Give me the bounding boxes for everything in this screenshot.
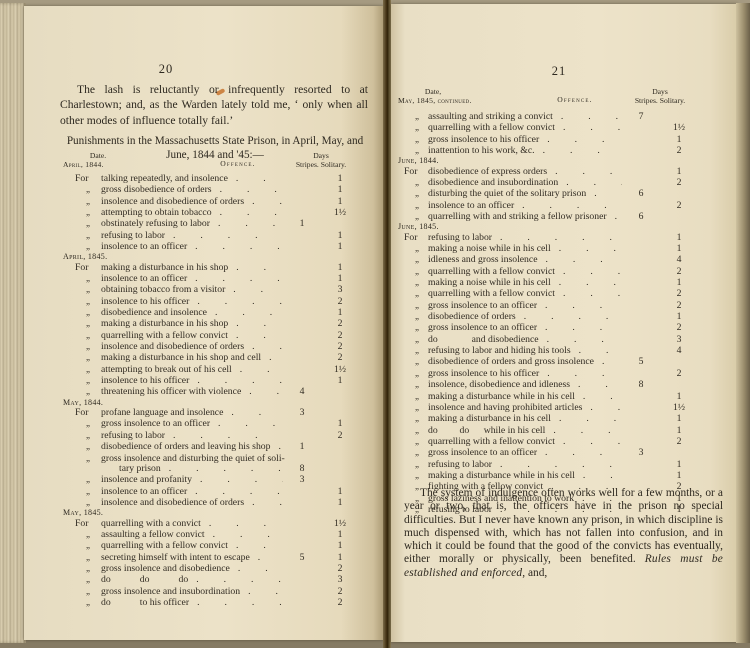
row-prefix: „ [398, 345, 428, 355]
table-row-line: „disturbing the quiet of the solitary pr… [398, 188, 698, 199]
table-row: „insolence and disobedience of orders. .… [63, 341, 359, 352]
table-row: „quarrelling with a fellow convict. . . … [398, 436, 698, 447]
row-prefix: „ [398, 145, 428, 155]
solitary-value: 2 [321, 331, 359, 341]
leader-dots: . . . . . . . . . . . . [205, 530, 283, 540]
leader-dots: . . . . . . . . . . . . [165, 231, 283, 241]
table-row-line: Forquarrelling with a convict. . . . . .… [63, 519, 359, 529]
row-prefix: „ [63, 529, 101, 539]
offence-text: obstinately refusing to labor [101, 219, 210, 229]
leader-dots: . . . . . . . . . . . . [537, 448, 622, 458]
leader-dots: . . . . . . . . . . . . [594, 357, 622, 367]
row-prefix: „ [398, 277, 428, 287]
book-spread: 20 The lash is reluctantly or infrequent… [0, 0, 750, 648]
table-row: „insolence to an officer. . . . . . . . … [63, 241, 359, 252]
solitary-value: 1 [660, 426, 698, 436]
row-prefix: „ [63, 540, 101, 550]
solitary-value: 1 [660, 278, 698, 288]
offence-text: disobedience of express orders [428, 167, 547, 177]
leader-dots: . . . . . . . . . . . . [514, 201, 622, 211]
offence-text: gross insolence to an officer [428, 301, 537, 311]
row-prefix: „ [398, 402, 428, 412]
row-prefix: „ [398, 254, 428, 264]
solitary-value: 1 [660, 460, 698, 470]
table-row-line: „quarrelling with a fellow convict. . . … [63, 540, 359, 551]
row-prefix: „ [63, 307, 101, 317]
right-page: 21 Date, May, 1845, continued. Offence. … [391, 4, 737, 642]
solitary-value: 2 [321, 342, 359, 352]
offence-text: do and disobedience [428, 335, 539, 345]
leader-dots: . . . . . . . . . . . . [545, 426, 622, 436]
offence-text: insolence, disobedience and idleness [428, 380, 570, 390]
offence-text: profane language and insolence [101, 408, 223, 418]
table-row-line: Forprofane language and insolence. . . .… [63, 408, 359, 418]
leader-dots: . . . . . . . . . . . . [228, 174, 283, 184]
offence-text: insolence and disobedience of orders [101, 197, 244, 207]
solitary-value: 4 [660, 255, 698, 265]
table-row-line: „quarrelling with a fellow convict. . . … [63, 330, 359, 341]
leader-dots: . . . . . . . . . . . . [535, 146, 622, 156]
row-prefix: „ [398, 177, 428, 187]
leader-dots: . . . . . . . . . . . . [210, 419, 283, 429]
table-row-line: „making a disturbance while in his cell.… [398, 470, 698, 481]
table-row-line: tary prison. . . . . . . . . . . . 8 [63, 464, 359, 474]
solitary-value: 2 [321, 564, 359, 574]
row-prefix: „ [63, 207, 101, 217]
table-row: „refusing to labor. . . . . . . . . . . … [63, 230, 359, 241]
leader-dots: . . . . . . . . . . . . [582, 403, 622, 413]
table-row-line: „obstinately refusing to labor. . . . . … [63, 218, 359, 229]
row-prefix: „ [398, 379, 428, 389]
table-row: „inattention to his work, &c.. . . . . .… [398, 145, 698, 156]
table-row: „insolence and disobedience of orders. .… [63, 497, 359, 508]
table-row: Forprofane language and insolence. . . .… [63, 408, 359, 418]
solitary-value: 1½ [321, 208, 359, 218]
table-row-line: „obtaining tobacco from a visitor. . . .… [63, 284, 359, 295]
days-column-header: Days Stripes. Solitary. [283, 152, 359, 169]
offence-text: refusing to labor [428, 460, 492, 470]
offence-text: gross insolence to his officer [428, 135, 539, 145]
solitary-value: 2 [660, 369, 698, 379]
row-prefix: „ [398, 356, 428, 366]
leader-dots: . . . . . . . . . . . . [607, 212, 622, 222]
table-row-line: „making a disturbance in his shop. . . .… [63, 318, 359, 329]
table-row-line: „making a noise while in his cell. . . .… [398, 243, 698, 254]
left-page: 20 The lash is reluctantly or infrequent… [24, 6, 384, 640]
row-prefix: „ [63, 230, 101, 240]
page-number-right-value: 21 [552, 64, 567, 78]
offence-text: quarrelling with a fellow convict [428, 289, 555, 299]
row-prefix: „ [398, 211, 428, 221]
table-row-line: „quarrelling with a fellow convict. . . … [398, 436, 698, 447]
date-column-header: Date. April, 1844. [63, 152, 193, 169]
table-row-line: „making a noise while in his cell. . . .… [398, 277, 698, 288]
solitary-value: 1 [321, 541, 359, 551]
table-row-line: „attempting to break out of his cell. . … [63, 364, 359, 375]
table-row: „secreting himself with intent to escape… [63, 552, 359, 563]
table-row-line: „making a disturbance while in his cell.… [398, 391, 698, 402]
solitary-value: 1½ [321, 519, 359, 529]
leader-dots: . . . . . . . . . . . . [553, 112, 622, 122]
offence-text: making a disturbance in his shop and cel… [101, 353, 261, 363]
table-row: „insolence to an officer. . . . . . . . … [398, 200, 698, 211]
leader-dots: . . . . . . . . . . . . [539, 369, 622, 379]
table-row-line: „gross insolence to his officer. . . . .… [398, 134, 698, 145]
table-row-line: „assaulting a fellow convict. . . . . . … [63, 529, 359, 540]
row-prefix: „ [398, 300, 428, 310]
row-prefix: „ [63, 375, 101, 385]
solitary-value: 2 [321, 319, 359, 329]
intro-paragraph: The lash is reluctantly or infrequently … [60, 82, 368, 128]
offence-text: insolence to an officer [101, 274, 187, 284]
offence-text: do do do [101, 575, 188, 585]
solitary-value: 1 [321, 274, 359, 284]
solitary-value: 1 [321, 487, 359, 497]
table-row-line: Fortalking repeatedly, and insolence. . … [63, 174, 359, 184]
table-row: Forrefusing to labor. . . . . . . . . . … [398, 233, 698, 243]
row-prefix: For [63, 408, 101, 418]
row-prefix: For [63, 519, 101, 529]
solitary-value: 2 [321, 297, 359, 307]
table-row-line: „insolence to an officer. . . . . . . . … [63, 273, 359, 284]
row-prefix: For [63, 174, 101, 184]
table-header-right: Date, May, 1845, continued. Offence. Day… [398, 88, 698, 105]
row-prefix: „ [398, 391, 428, 401]
row-prefix: „ [63, 318, 101, 328]
leader-dots: . . . . . . . . . . . . [516, 312, 622, 322]
row-prefix: „ [398, 368, 428, 378]
stripes-value: 1 [283, 219, 321, 229]
table-row-line: „disobedience of orders and gross insole… [398, 356, 698, 367]
solitary-value: 1 [321, 553, 359, 563]
table-row: „obtaining tobacco from a visitor. . . .… [63, 284, 359, 295]
offence-text: quarrelling with a fellow convict [101, 541, 228, 551]
table-row: „refusing to labor. . . . . . . . . . . … [398, 459, 698, 470]
table-row: „gross insolence to an officer. . . . . … [63, 418, 359, 429]
leader-dots: . . . . . . . . . . . . [228, 319, 283, 329]
leader-dots: . . . . . . . . . . . . [232, 365, 283, 375]
leader-dots: . . . . . . . . . . . . [207, 308, 283, 318]
punishments-table-right: „assaulting and striking a convict. . . … [398, 111, 698, 515]
table-row-line: „threatening his officer with violence. … [63, 386, 359, 397]
table-row-line: „making a disturbance in his cell. . . .… [398, 413, 698, 424]
stripes-value: 3 [283, 408, 321, 418]
table-row-line: „gross insolence to his officer. . . . .… [398, 368, 698, 379]
row-prefix: „ [63, 563, 101, 573]
date-sub-label: April, 1844. [63, 161, 193, 170]
solitary-value: 1 [321, 197, 359, 207]
offence-text: obtaining tobacco from a visitor [101, 285, 225, 295]
row-prefix: „ [63, 453, 101, 463]
row-prefix: „ [63, 474, 101, 484]
table-row-line: „assaulting and striking a convict. . . … [398, 111, 698, 122]
offence-text: inattention to his work, &c. [428, 146, 535, 156]
table-row: „gross insolence and disobedience. . . .… [63, 563, 359, 574]
leader-dots: . . . . . . . . . . . . [244, 498, 283, 508]
solitary-value: 2 [660, 289, 698, 299]
leader-dots: . . . . . . . . . . . . [558, 178, 622, 188]
offence-text: gross insolence and disobedience [101, 564, 230, 574]
stripes-value: 3 [622, 448, 660, 458]
leader-dots: . . . . . . . . . . . . [192, 475, 283, 485]
row-prefix: „ [63, 418, 101, 428]
table-row: „gross insolence to an officer. . . . . … [398, 322, 698, 333]
leader-dots: . . . . . . . . . . . . [538, 255, 623, 265]
closing-paragraph: The system of indulgence often works wel… [404, 487, 723, 580]
offence-text: refusing to labor [428, 233, 492, 243]
leader-dots: . . . . . . . . . . . . [571, 346, 622, 356]
table-row: „do do do. . . . . . . . . . . . 3 [63, 574, 359, 585]
table-row: „gross insolence and disturbing the quie… [63, 453, 359, 475]
table-row: „threatening his officer with violence. … [63, 386, 359, 397]
table-row: „disobedience of orders and gross insole… [398, 356, 698, 367]
page-edge-right [736, 3, 750, 643]
table-row-line: „insolence and disobedience of orders. .… [63, 341, 359, 352]
table-row-line: „insolence, disobedience and idleness. .… [398, 379, 698, 390]
row-prefix: „ [398, 470, 428, 480]
row-prefix: „ [63, 364, 101, 374]
leader-dots: . . . . . . . . . . . . [250, 553, 283, 563]
row-prefix: „ [398, 122, 428, 132]
solitary-value: 1 [321, 185, 359, 195]
offence-text: making a noise while in his cell [428, 278, 551, 288]
leader-dots: . . . . . . . . . . . . [555, 123, 622, 133]
offence-text: assaulting and striking a convict [428, 112, 553, 122]
offence-text: quarrelling with a fellow convict [101, 331, 228, 341]
row-prefix: „ [63, 441, 101, 451]
leader-dots: . . . . . . . . . . . . [210, 219, 283, 229]
solitary-value: 1½ [660, 123, 698, 133]
table-row: „quarrelling with and striking a fellow … [398, 211, 698, 222]
solitary-value: 1 [321, 174, 359, 184]
leader-dots: . . . . . . . . . . . . [223, 408, 283, 418]
offence-text: gross insolence to his officer [428, 369, 539, 379]
table-row: Fordisobedience of express orders. . . .… [398, 167, 698, 177]
leader-dots: . . . . . . . . . . . . [575, 471, 622, 481]
solitary-value: 2 [660, 267, 698, 277]
offence-column-header: Offence. [193, 160, 283, 170]
solitary-value: 2 [321, 353, 359, 363]
leader-dots: . . . . . . . . . . . . [189, 376, 283, 386]
leader-dots: . . . . . . . . . . . . [188, 575, 283, 585]
stripes-value: 8 [283, 464, 321, 474]
solitary-value: 1 [660, 233, 698, 243]
table-row-line: „insolence to his officer. . . . . . . .… [63, 296, 359, 307]
table-row-line: „gross insolence to an officer. . . . . … [398, 447, 698, 458]
leader-dots: . . . . . . . . . . . . [244, 342, 283, 352]
table-row: „insolence and profanity. . . . . . . . … [63, 474, 359, 485]
offence-text: making a disturbance while in his cell [428, 392, 575, 402]
table-row-line: „refusing to labor. . . . . . . . . . . … [63, 230, 359, 241]
solitary-value: 1½ [660, 403, 698, 413]
table-row: „do and disobedience. . . . . . . . . . … [398, 334, 698, 345]
offence-text: making a noise while in his cell [428, 244, 551, 254]
row-prefix: „ [398, 413, 428, 423]
solitary-value: 1 [321, 308, 359, 318]
offence-text: disobedience of orders [428, 312, 516, 322]
offence-text: making a disturbance in his shop [101, 263, 228, 273]
stripes-value: 6 [622, 212, 660, 222]
table-row: „making a disturbance while in his cell.… [398, 391, 698, 402]
offence-text: making a disturbance in his cell [428, 414, 551, 424]
table-row-line: „insolence and disobedience of orders. .… [63, 497, 359, 508]
days-column-header: Days Stripes. Solitary. [622, 88, 698, 105]
table-row-line: „disobedience of orders and leaving his … [63, 441, 359, 452]
table-row: „disobedience of orders. . . . . . . . .… [398, 311, 698, 322]
table-row: „refusing to labor and hiding his tools.… [398, 345, 698, 356]
solitary-value: 1 [321, 419, 359, 429]
table-row-line: „quarrelling with and striking a fellow … [398, 211, 698, 222]
table-row-line: „quarrelling with a fellow convict. . . … [398, 266, 698, 277]
row-prefix: „ [398, 200, 428, 210]
table-row-line: „gross insolence to an officer. . . . . … [63, 418, 359, 429]
row-prefix: „ [398, 288, 428, 298]
offence-text: assaulting a fellow convict [101, 530, 205, 540]
table-row-line: „gross insolence and disobedience. . . .… [63, 563, 359, 574]
offence-text: quarrelling with a convict [101, 519, 201, 529]
punishments-table-left: Fortalking repeatedly, and insolence. . … [63, 174, 359, 608]
table-row: „insolence to his officer. . . . . . . .… [63, 296, 359, 307]
row-prefix: „ [63, 586, 101, 596]
offence-text: making a disturbance in his shop [101, 319, 228, 329]
row-prefix: „ [63, 341, 101, 351]
row-prefix: „ [63, 486, 101, 496]
leader-dots: . . . . . . . . . . . . [551, 414, 622, 424]
table-row-line: „gross insolence to an officer. . . . . … [398, 300, 698, 311]
stripes-solitary-label: Stripes. Solitary. [283, 161, 359, 170]
row-prefix: „ [63, 284, 101, 294]
offence-text: insolence to an officer [101, 242, 187, 252]
offence-text: secreting himself with intent to escape [101, 553, 250, 563]
stripes-value: 3 [283, 475, 321, 485]
table-row-line: Fordisobedience of express orders. . . .… [398, 167, 698, 177]
offence-text: gross insolence and insubordination [101, 587, 240, 597]
table-row: „refusing to labor. . . . . . . . . . . … [63, 430, 359, 441]
offence-text: quarrelling with a fellow convict [428, 437, 555, 447]
table-row-line: „quarrelling with a fellow convict. . . … [398, 122, 698, 133]
leader-dots: . . . . . . . . . . . . [212, 185, 283, 195]
solitary-value: 1 [660, 414, 698, 424]
row-prefix: „ [63, 574, 101, 584]
leader-dots: . . . . . . . . . . . . [261, 353, 283, 363]
table-row-line: „disobedience and insubordination. . . .… [398, 177, 698, 188]
solitary-value: 1 [321, 376, 359, 386]
leader-dots: . . . . . . . . . . . . [228, 541, 283, 551]
leader-dots: . . . . . . . . . . . . [225, 285, 283, 295]
leader-dots: . . . . . . . . . . . . [201, 519, 283, 529]
stripes-value: 1 [283, 442, 321, 452]
table-row-line: „refusing to labor. . . . . . . . . . . … [63, 430, 359, 441]
closing-tail-text: , and, [522, 567, 547, 579]
offence-text: insolence and disobedience of orders [101, 498, 244, 508]
row-prefix: „ [398, 188, 428, 198]
offence-text: gross insolence to an officer [101, 419, 210, 429]
table-row-line: „refusing to labor. . . . . . . . . . . … [398, 459, 698, 470]
leader-dots: . . . . . . . . . . . . [189, 297, 283, 307]
table-row: „do to his officer. . . . . . . . . . . … [63, 597, 359, 608]
table-row: „disobedience and insolence. . . . . . .… [63, 307, 359, 318]
table-row: „insolence to an officer. . . . . . . . … [63, 273, 359, 284]
offence-text: insolence and disobedience of orders [101, 342, 244, 352]
offence-column-header: Offence. [528, 96, 622, 106]
table-row: „quarrelling with a fellow convict. . . … [398, 288, 698, 299]
solitary-value: 4 [660, 346, 698, 356]
stripes-value: 4 [283, 387, 321, 397]
leader-dots: . . . . . . . . . . . . [586, 189, 622, 199]
leader-dots: . . . . . . . . . . . . [241, 387, 283, 397]
table-row-line: „attempting to obtain tobacco. . . . . .… [63, 207, 359, 218]
solitary-value: 1 [660, 167, 698, 177]
table-row: „gross insolence to an officer. . . . . … [398, 300, 698, 311]
table-row: „making a noise while in his cell. . . .… [398, 243, 698, 254]
table-row: „making a disturbance while in his cell.… [398, 470, 698, 481]
leader-dots: . . . . . . . . . . . . [539, 335, 622, 345]
row-prefix: „ [63, 597, 101, 607]
offence-text: gross insolence to an officer [428, 448, 537, 458]
solitary-value: 2 [660, 178, 698, 188]
table-row: „gross insolence and insubordination. . … [63, 586, 359, 597]
row-prefix: For [398, 233, 428, 243]
offence-text: idleness and gross insolence [428, 255, 538, 265]
offence-text: refusing to labor and hiding his tools [428, 346, 571, 356]
leader-dots: . . . . . . . . . . . . [228, 263, 283, 273]
row-prefix: For [63, 263, 101, 273]
table-row-line: „gross insolence and disturbing the quie… [63, 453, 359, 464]
row-prefix: „ [63, 218, 101, 228]
page-edge-stack-left [0, 3, 26, 643]
table-row-line: „secreting himself with intent to escape… [63, 552, 359, 563]
solitary-value: 1 [660, 312, 698, 322]
table-row: „insolence and disobedience of orders. .… [63, 196, 359, 207]
offence-text-continued: tary prison [101, 464, 161, 474]
solitary-value: 1 [321, 498, 359, 508]
table-row: „insolence and having prohibited article… [398, 402, 698, 413]
stripes-value: 8 [622, 380, 660, 390]
table-row: „disobedience of orders and leaving his … [63, 441, 359, 452]
leader-dots: . . . . . . . . . . . . [555, 267, 622, 277]
table-row-line: Forrefusing to labor. . . . . . . . . . … [398, 233, 698, 243]
offence-text: refusing to labor [101, 231, 165, 241]
offence-text: disturbing the quiet of the solitary pri… [428, 189, 586, 199]
offence-text: disobedience and insubordination [428, 178, 558, 188]
stripes-solitary-label: Stripes. Solitary. [622, 97, 698, 106]
table-row: „attempting to obtain tobacco. . . . . .… [63, 207, 359, 218]
solitary-value: 1½ [321, 365, 359, 375]
table-row-line: „do do do. . . . . . . . . . . . 3 [63, 574, 359, 585]
offence-text: quarrelling with and striking a fellow p… [428, 212, 607, 222]
table-row: Forquarrelling with a convict. . . . . .… [63, 519, 359, 529]
table-row: „insolence to his officer. . . . . . . .… [63, 375, 359, 386]
leader-dots: . . . . . . . . . . . . [212, 208, 283, 218]
row-prefix: „ [398, 334, 428, 344]
table-row: „insolence to an officer. . . . . . . . … [63, 486, 359, 497]
page-number-left: 20 [24, 62, 384, 77]
table-row: „quarrelling with a fellow convict. . . … [398, 266, 698, 277]
stripes-value: 7 [622, 112, 660, 122]
table-row-line: „inattention to his work, &c.. . . . . .… [398, 145, 698, 156]
row-prefix: „ [398, 243, 428, 253]
table-row-line: „idleness and gross insolence. . . . . .… [398, 254, 698, 265]
solitary-value: 2 [660, 146, 698, 156]
table-row-line: „insolence to an officer. . . . . . . . … [63, 486, 359, 497]
table-row: „making a noise while in his cell. . . .… [398, 277, 698, 288]
row-prefix: „ [63, 430, 101, 440]
table-row: „gross insolence to his officer. . . . .… [398, 368, 698, 379]
leader-dots: . . . . . . . . . . . . [228, 331, 283, 341]
offence-text: disobedience and insolence [101, 308, 207, 318]
row-prefix: „ [398, 134, 428, 144]
table-row-line: „do and disobedience. . . . . . . . . . … [398, 334, 698, 345]
